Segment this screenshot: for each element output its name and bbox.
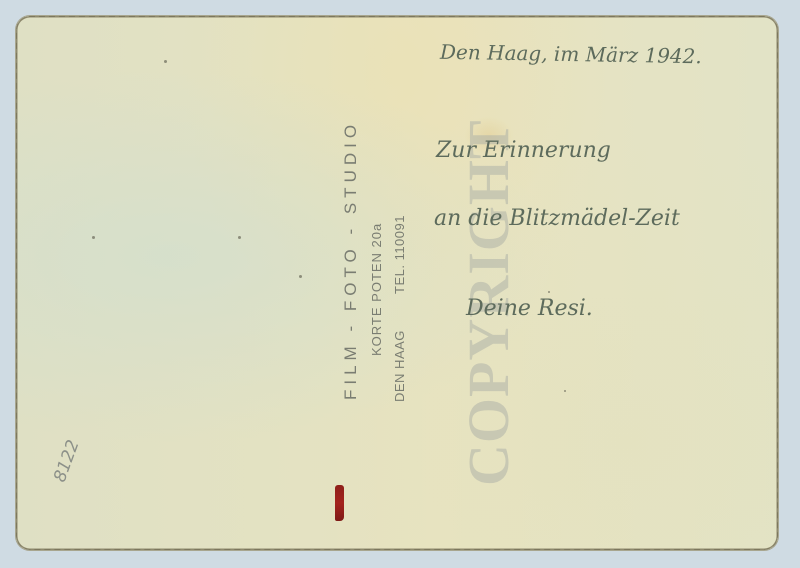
paper-speck (564, 390, 566, 392)
handwritten-line-2: an die Blitzmädel-Zeit (434, 206, 680, 231)
handwritten-line-1: Zur Erinnerung (436, 138, 611, 163)
red-ink-mark (335, 485, 344, 521)
postcard: COPYRIGHT FILM - FOTO - STUDIO KORTE POT… (16, 16, 778, 550)
handwritten-signature: Deine Resi. (466, 296, 593, 321)
paper-speck (164, 60, 167, 63)
paper-speck (238, 236, 241, 239)
studio-telephone: TEL. 110091 (392, 215, 407, 294)
paper-speck (92, 236, 95, 239)
studio-name: FILM - FOTO - STUDIO (341, 120, 361, 400)
handwritten-date-line: Den Haag, im März 1942. (440, 40, 702, 69)
pencil-catalog-number: 8122 (50, 437, 84, 484)
studio-city: DEN HAAG (392, 330, 407, 402)
studio-address: KORTE POTEN 20a (369, 223, 384, 356)
paper-speck (548, 291, 550, 293)
paper-speck (299, 275, 302, 278)
